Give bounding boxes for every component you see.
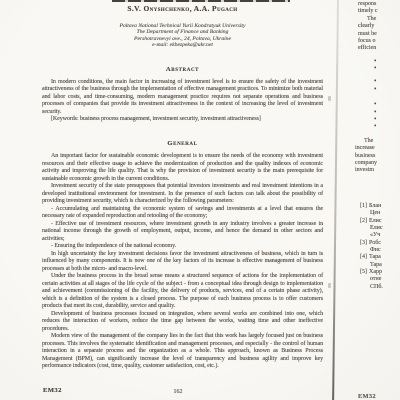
bullet-point: • — [374, 79, 376, 84]
body-paragraph: Development of business processes focuse… — [42, 311, 323, 334]
page-number: 162 — [168, 389, 188, 395]
cutoff-title-line — [112, 0, 290, 2]
reference-line-fragment: Цен — [360, 210, 383, 217]
abstract-text: In modern conditions, the main factor in… — [42, 79, 323, 116]
keywords-line: [Keywords: business process management, … — [42, 116, 323, 123]
text-fragment: business — [355, 153, 377, 160]
reference-item: [2]Елис — [360, 218, 383, 225]
adjacent-references-fragment: [1]Блан Цен [2]Елис Елис «Уч [3]Робс Фис… — [360, 203, 383, 291]
adjacent-footer-code: EM32 — [358, 393, 376, 400]
bullet-point: • — [374, 87, 376, 92]
reference-line-fragment: отне — [360, 276, 383, 283]
email-line: e-mail: ekbezpeka@ukr.net — [42, 42, 323, 48]
reference-line-fragment: «Уч — [360, 232, 383, 239]
body-paragraph: Modern view of the management of the com… — [42, 333, 323, 371]
page-gutter-shadow — [332, 0, 339, 400]
body-paragraph: In high uncertainty the key investment d… — [42, 251, 323, 274]
bullet-point: • — [374, 124, 376, 129]
reference-line-fragment: Блан — [369, 203, 381, 209]
bullet-point: • — [374, 66, 376, 71]
reference-line-fragment: Тара — [360, 262, 383, 269]
reference-number: [4] — [360, 254, 367, 260]
adjacent-page-column: respons timely c The clearly must be foc… — [354, 0, 400, 400]
footer-code: EM32 — [43, 387, 62, 394]
body-text-block: An important factor for sustainable econ… — [42, 153, 323, 371]
scan-artifact-mark — [328, 96, 331, 101]
reference-item: [5]Харр — [360, 269, 383, 276]
reference-line-fragment: Тара — [369, 254, 381, 260]
adjacent-text-fragment: respons timely c The clearly must be foc… — [358, 1, 378, 53]
scanned-paper-page: { "scan": { "authors": "S.V. Onyshchenko… — [0, 0, 400, 400]
reference-number: [2] — [360, 218, 367, 224]
body-paragraph: Under the business process in the broad … — [42, 273, 323, 311]
body-paragraph: An important factor for sustainable econ… — [42, 153, 323, 183]
body-paragraph: - Effective use of investment resources,… — [42, 221, 323, 244]
section-heading-general: General — [42, 140, 323, 147]
text-fragment: clearly — [358, 23, 378, 30]
text-fragment: must be — [358, 31, 378, 38]
text-fragment: investm — [355, 167, 377, 174]
abstract-block: In modern conditions, the main factor in… — [42, 79, 323, 123]
text-fragment: timely c — [358, 8, 378, 15]
scan-artifact-mark — [328, 283, 331, 288]
body-paragraph: - Accumulating and maintaining the econo… — [42, 206, 323, 221]
reference-line-fragment: СПб. — [360, 284, 383, 291]
reference-item: [3]Робс — [360, 240, 383, 247]
reference-number: [5] — [360, 269, 367, 275]
body-paragraph: Investment security of the state presupp… — [42, 183, 323, 206]
reference-line-fragment: Елис — [369, 218, 382, 224]
bullet-point: • — [374, 102, 376, 107]
reference-line-fragment: Харр — [369, 269, 382, 275]
reference-item: [4]Тара — [360, 254, 383, 261]
authors-line: S.V. Onyshchenko, A.A. Pugach — [42, 4, 323, 13]
abstract-heading: Abstract — [42, 66, 323, 73]
text-fragment: efficien — [358, 45, 378, 52]
affiliation-block: Poltava National Technical Yurii Kondrat… — [42, 23, 323, 48]
reference-line-fragment: Робс — [369, 240, 381, 246]
reference-number: [3] — [360, 240, 367, 246]
body-paragraph: - Ensuring the independence of the natio… — [42, 243, 323, 251]
reference-number: [1] — [360, 203, 367, 209]
adjacent-paragraph-fragment: The increase business company investm — [355, 138, 377, 174]
text-fragment: increase — [355, 145, 377, 152]
